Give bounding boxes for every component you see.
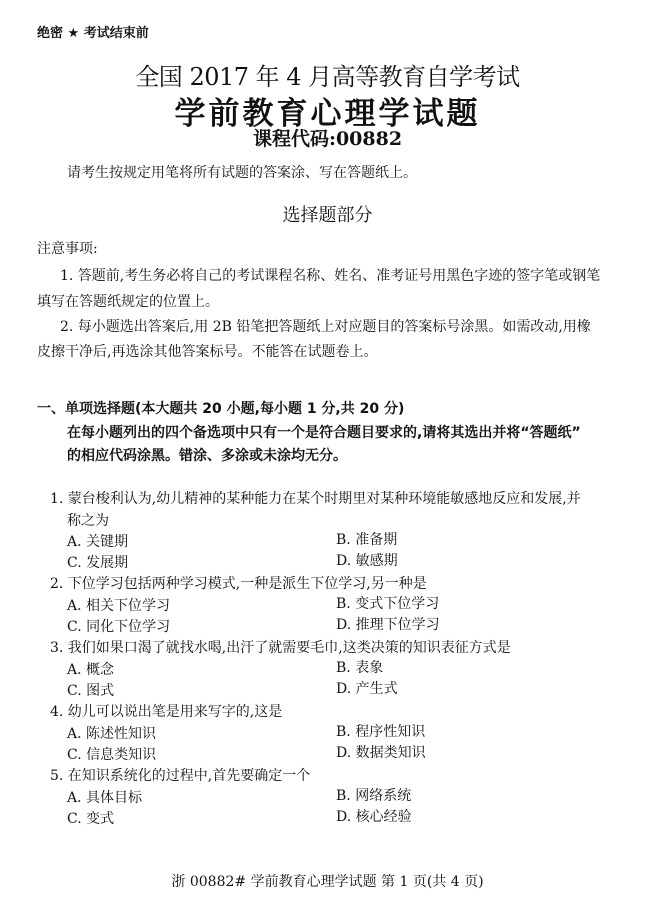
question-stem: 4. 幼儿可以说出笔是用来写字的,这是 bbox=[50, 701, 282, 721]
exam-title: 全国 2017 年 4 月高等教育自学考试 bbox=[0, 57, 655, 92]
option-b: B. 准备期 bbox=[336, 529, 397, 549]
option-b: B. 表象 bbox=[336, 657, 383, 677]
option-d: D. 核心经验 bbox=[336, 806, 412, 826]
option-b: B. 变式下位学习 bbox=[336, 593, 439, 613]
option-a: A. 概念 bbox=[67, 659, 114, 679]
option-c: C. 发展期 bbox=[67, 552, 128, 572]
option-c: C. 图式 bbox=[67, 680, 114, 700]
option-c: C. 同化下位学习 bbox=[67, 616, 170, 636]
confidential-label: 绝密 ★ 考试结束前 bbox=[37, 22, 149, 41]
question-stem-cont: 称之为 bbox=[67, 510, 109, 530]
question-stem: 2. 下位学习包括两种学习模式,一种是派生下位学习,另一种是 bbox=[50, 573, 427, 593]
note-line: 2. 每小题选出答案后,用 2B 铅笔把答题纸上对应题目的答案标号涂黑。如需改动… bbox=[60, 316, 591, 336]
note-line: 皮擦干净后,再选涂其他答案标号。不能答在试题卷上。 bbox=[37, 341, 377, 361]
option-a: A. 具体目标 bbox=[67, 787, 142, 807]
option-d: D. 产生式 bbox=[336, 678, 398, 698]
note-line: 1. 答题前,考生务必将自己的考试课程名称、姓名、准考证号用黑色字迹的签字笔或钢… bbox=[60, 265, 600, 285]
option-c: C. 信息类知识 bbox=[67, 744, 156, 764]
notes-label: 注意事项: bbox=[37, 238, 98, 258]
option-a: A. 相关下位学习 bbox=[67, 595, 170, 615]
course-code: 课程代码:00882 bbox=[0, 124, 655, 151]
question-stem: 1. 蒙台梭利认为,幼儿精神的某种能力在某个时期里对某种环境能敏感地反应和发展,… bbox=[50, 488, 581, 508]
option-a: A. 陈述性知识 bbox=[67, 723, 156, 743]
part-description: 在每小题列出的四个备选项中只有一个是符合题目要求的,请将其选出并将“答题纸” bbox=[67, 422, 581, 442]
part-description: 的相应代码涂黑。错涂、多涂或未涂均无分。 bbox=[67, 445, 347, 465]
part-heading: 一、单项选择题(本大题共 20 小题,每小题 1 分,共 20 分) bbox=[37, 398, 404, 418]
option-d: D. 数据类知识 bbox=[336, 742, 426, 762]
note-line: 填写在答题纸规定的位置上。 bbox=[37, 291, 219, 311]
option-b: B. 网络系统 bbox=[336, 785, 411, 805]
section-heading: 选择题部分 bbox=[0, 201, 655, 227]
option-c: C. 变式 bbox=[67, 808, 114, 828]
question-stem: 3. 我们如果口渴了就找水喝,出汗了就需要毛巾,这类决策的知识表征方式是 bbox=[50, 637, 511, 657]
option-b: B. 程序性知识 bbox=[336, 721, 425, 741]
question-stem: 5. 在知识系统化的过程中,首先要确定一个 bbox=[50, 765, 310, 785]
option-d: D. 推理下位学习 bbox=[336, 614, 440, 634]
page-footer: 浙 00882# 学前教育心理学试题 第 1 页(共 4 页) bbox=[0, 871, 655, 891]
option-a: A. 关键期 bbox=[67, 531, 128, 551]
option-d: D. 敏感期 bbox=[336, 550, 398, 570]
general-instruction: 请考生按规定用笔将所有试题的答案涂、写在答题纸上。 bbox=[67, 162, 417, 182]
